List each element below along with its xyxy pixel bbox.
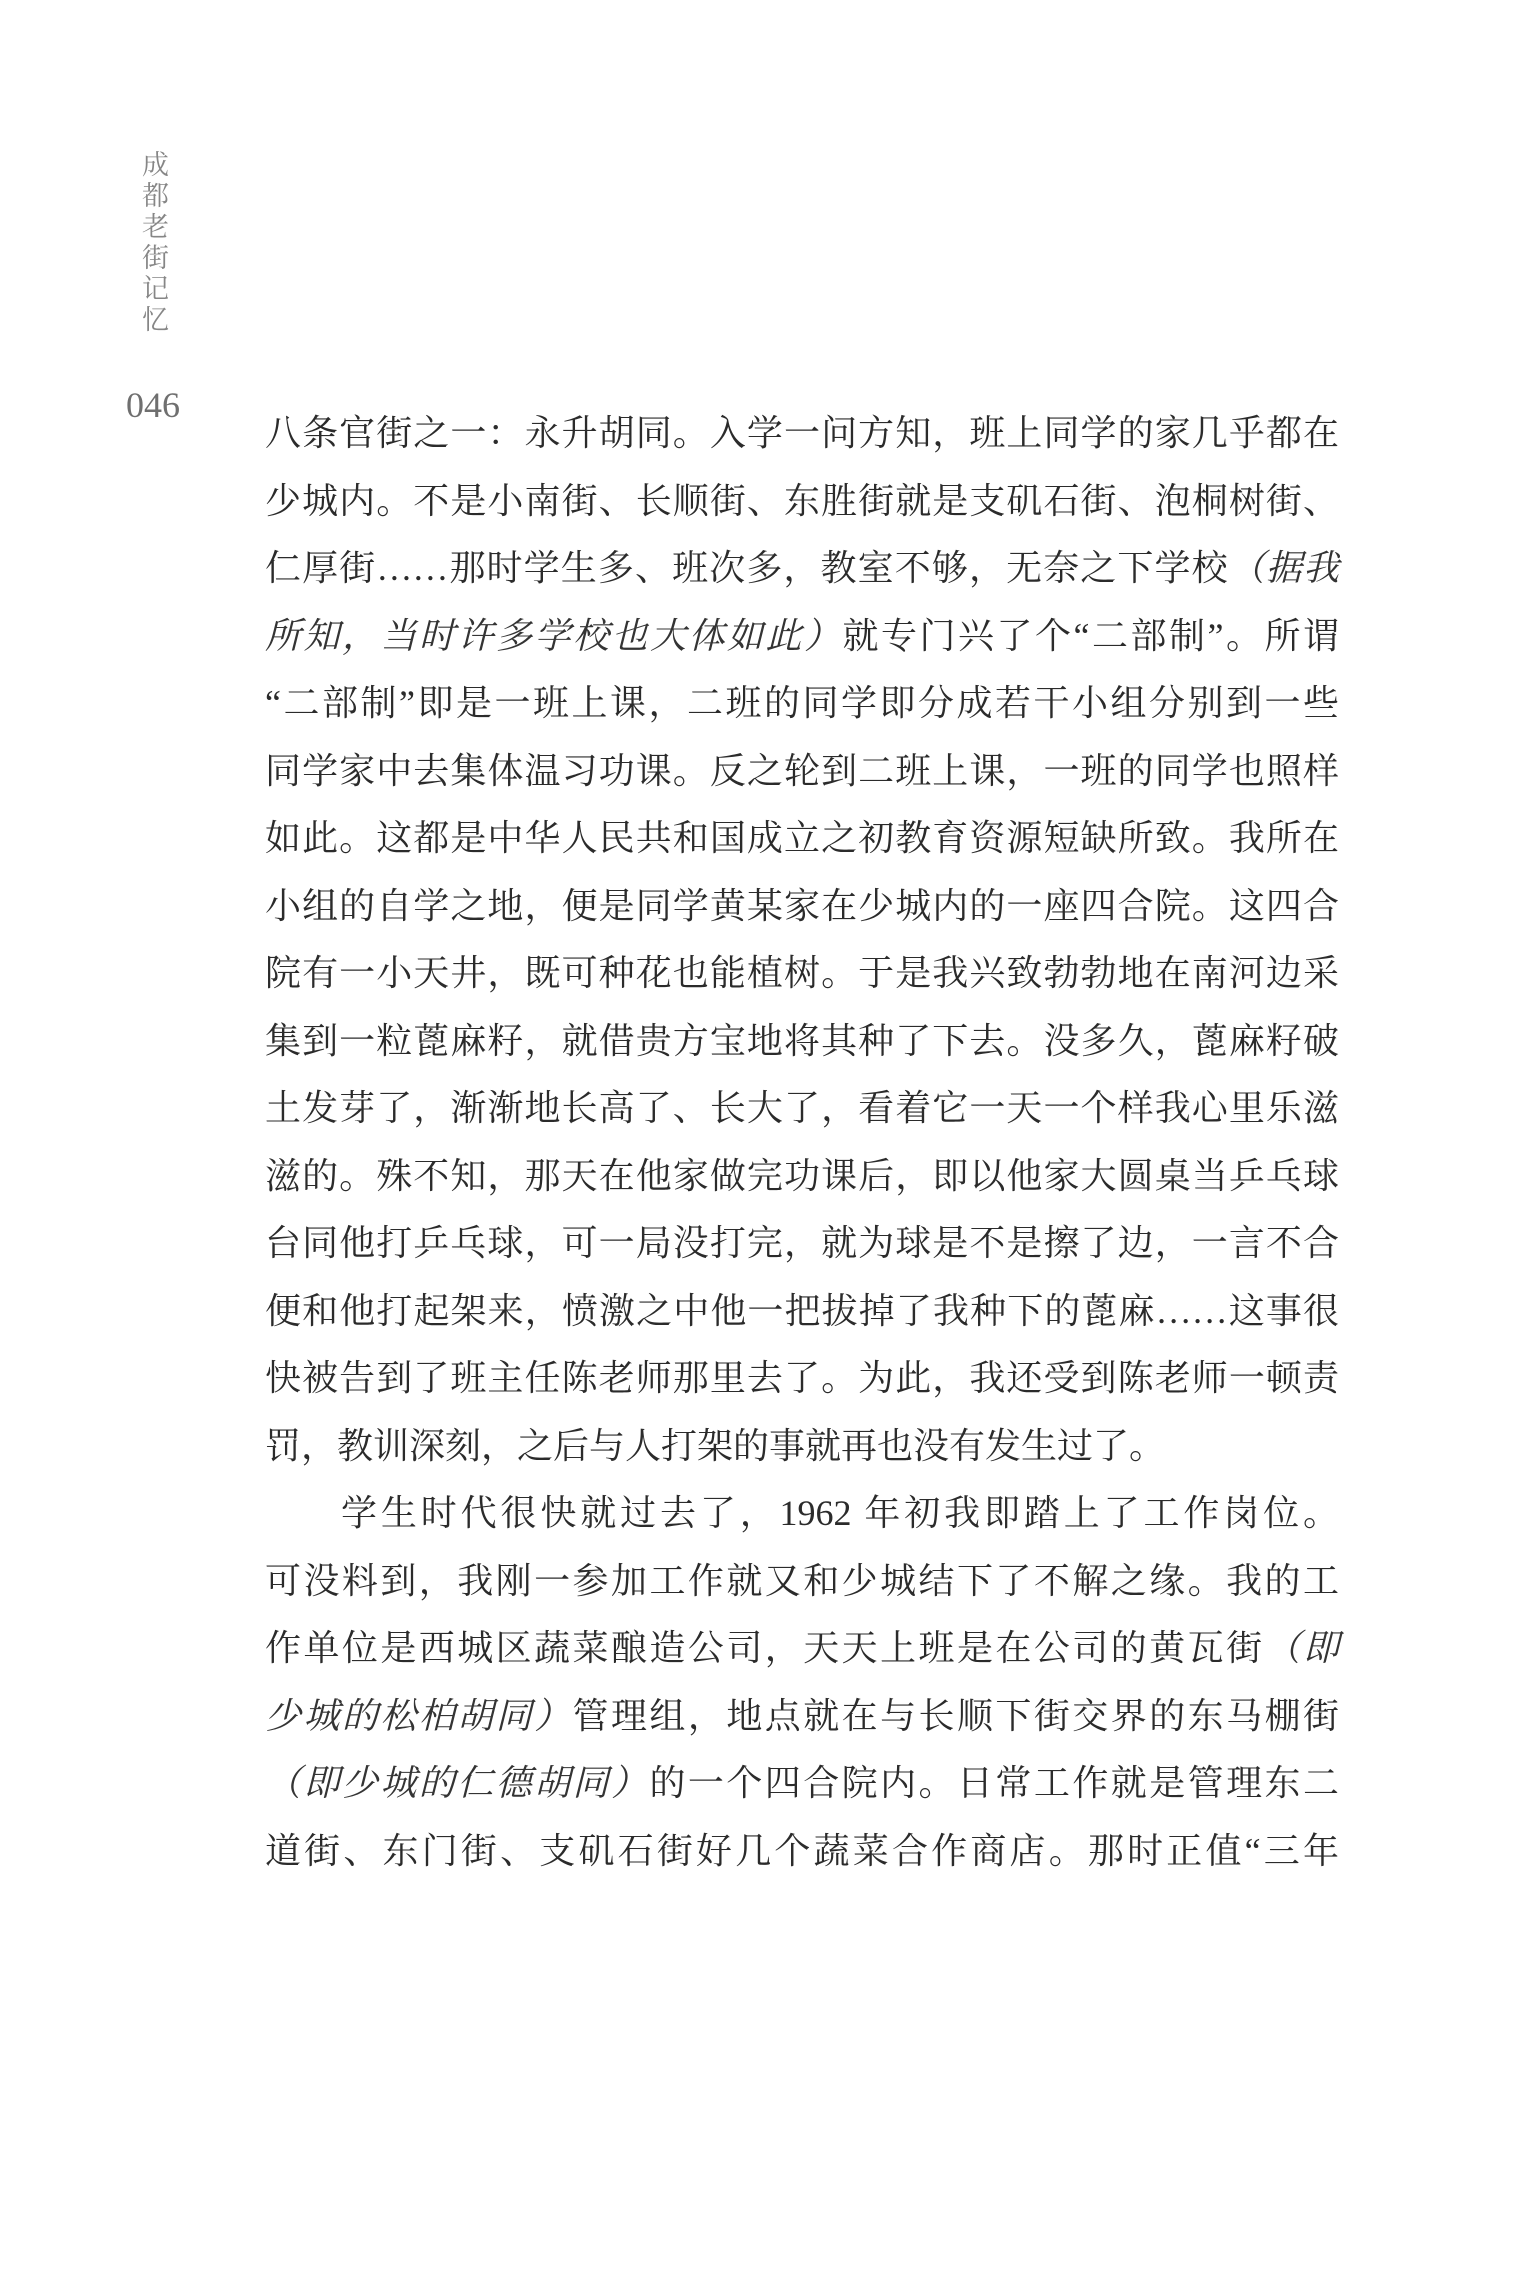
text-run: 可没料到，我刚一参加工作就又和少城结下了不解之缘。我的工 <box>265 1561 1339 1601</box>
text-line: 小组的自学之地，便是同学黄某家在少城内的一座四合院。这四合 <box>265 873 1339 941</box>
text-run: 的一个四合院内。日常工作就是管理东二 <box>649 1763 1339 1803</box>
text-line: 便和他打起架来，愤激之中他一把拔掉了我种下的蓖麻……这事很 <box>265 1278 1339 1346</box>
kaiti-run: （即少城的仁德胡同） <box>265 1763 649 1803</box>
text-run: 便和他打起架来，愤激之中他一把拔掉了我种下的蓖麻……这事很 <box>265 1291 1339 1331</box>
text-line: 集到一粒蓖麻籽，就借贵方宝地将其种了下去。没多久，蓖麻籽破 <box>265 1008 1339 1076</box>
text-line: 少城内。不是小南街、长顺街、东胜街就是支矶石街、泡桐树街、 <box>265 468 1339 536</box>
text-run: 就专门兴了个“二部制”。所谓 <box>843 616 1339 656</box>
text-run: 如此。这都是中华人民共和国成立之初教育资源短缺所致。我所在 <box>265 818 1339 858</box>
kaiti-run: （据我 <box>1229 548 1339 588</box>
text-run: 管理组，地点就在与长顺下街交界的东马棚街 <box>573 1696 1339 1736</box>
text-line: 如此。这都是中华人民共和国成立之初教育资源短缺所致。我所在 <box>265 805 1339 873</box>
text-run: 作单位是西城区蔬菜酿造公司，天天上班是在公司的黄瓦街 <box>265 1628 1265 1668</box>
text-line: 滋的。殊不知，那天在他家做完功课后，即以他家大圆桌当乒乓球 <box>265 1143 1339 1211</box>
text-line: 仁厚街……那时学生多、班次多，教室不够，无奈之下学校（据我 <box>265 535 1339 603</box>
text-run: “二部制”即是一班上课，二班的同学即分成若干小组分别到一些 <box>265 683 1339 723</box>
text-run: 同学家中去集体温习功课。反之轮到二班上课，一班的同学也照样 <box>265 751 1339 791</box>
text-run: 仁厚街……那时学生多、班次多，教室不够，无奈之下学校 <box>265 548 1229 588</box>
text-line: 道街、东门街、支矶石街好几个蔬菜合作商店。那时正值“三年 <box>265 1818 1339 1886</box>
text-run: 道街、东门街、支矶石街好几个蔬菜合作商店。那时正值“三年 <box>265 1831 1339 1871</box>
text-line: 土发芽了，渐渐地长高了、长大了，看着它一天一个样我心里乐滋 <box>265 1075 1339 1143</box>
text-line: “二部制”即是一班上课，二班的同学即分成若干小组分别到一些 <box>265 670 1339 738</box>
book-page: 成都老街记忆 046 八条官街之一：永升胡同。入学一问方知，班上同学的家几乎都在… <box>0 0 1536 2278</box>
text-run: 少城内。不是小南街、长顺街、东胜街就是支矶石街、泡桐树街、 <box>265 481 1339 521</box>
kaiti-run: 所知，当时许多学校也大体如此） <box>265 616 843 656</box>
text-line: 台同他打乒乓球，可一局没打完，就为球是不是擦了边，一言不合 <box>265 1210 1339 1278</box>
text-line: 罚，教训深刻，之后与人打架的事就再也没有发生过了。 <box>265 1413 1339 1481</box>
text-line: 快被告到了班主任陈老师那里去了。为此，我还受到陈老师一顿责 <box>265 1345 1339 1413</box>
kaiti-run: （即 <box>1265 1628 1339 1668</box>
text-run: 八条官街之一：永升胡同。入学一问方知，班上同学的家几乎都在 <box>265 413 1339 453</box>
text-line: 所知，当时许多学校也大体如此）就专门兴了个“二部制”。所谓 <box>265 603 1339 671</box>
text-run: 土发芽了，渐渐地长高了、长大了，看着它一天一个样我心里乐滋 <box>265 1088 1339 1128</box>
text-run: 台同他打乒乓球，可一局没打完，就为球是不是擦了边，一言不合 <box>265 1223 1339 1263</box>
text-line: 八条官街之一：永升胡同。入学一问方知，班上同学的家几乎都在 <box>265 400 1339 468</box>
page-number: 046 <box>126 384 180 426</box>
text-run: 滋的。殊不知，那天在他家做完功课后，即以他家大圆桌当乒乓球 <box>265 1156 1339 1196</box>
text-line: 少城的松柏胡同）管理组，地点就在与长顺下街交界的东马棚街 <box>265 1683 1339 1751</box>
text-run: 快被告到了班主任陈老师那里去了。为此，我还受到陈老师一顿责 <box>265 1358 1339 1398</box>
text-line: 院有一小天井，既可种花也能植树。于是我兴致勃勃地在南河边采 <box>265 940 1339 1008</box>
text-run: 小组的自学之地，便是同学黄某家在少城内的一座四合院。这四合 <box>265 886 1339 926</box>
text-line: 可没料到，我刚一参加工作就又和少城结下了不解之缘。我的工 <box>265 1548 1339 1616</box>
text-line: 学生时代很快就过去了，1962 年初我即踏上了工作岗位。 <box>265 1480 1339 1548</box>
text-run: 学生时代很快就过去了，1962 年初我即踏上了工作岗位。 <box>341 1493 1339 1533</box>
text-line: 同学家中去集体温习功课。反之轮到二班上课，一班的同学也照样 <box>265 738 1339 806</box>
text-block: 八条官街之一：永升胡同。入学一问方知，班上同学的家几乎都在少城内。不是小南街、长… <box>265 400 1339 1885</box>
text-line: （即少城的仁德胡同）的一个四合院内。日常工作就是管理东二 <box>265 1750 1339 1818</box>
book-title-vertical: 成都老街记忆 <box>134 150 173 336</box>
text-line: 作单位是西城区蔬菜酿造公司，天天上班是在公司的黄瓦街（即 <box>265 1615 1339 1683</box>
text-run: 集到一粒蓖麻籽，就借贵方宝地将其种了下去。没多久，蓖麻籽破 <box>265 1021 1339 1061</box>
text-run: 院有一小天井，既可种花也能植树。于是我兴致勃勃地在南河边采 <box>265 953 1339 993</box>
text-run: 罚，教训深刻，之后与人打架的事就再也没有发生过了。 <box>265 1426 1165 1466</box>
kaiti-run: 少城的松柏胡同） <box>265 1696 573 1736</box>
